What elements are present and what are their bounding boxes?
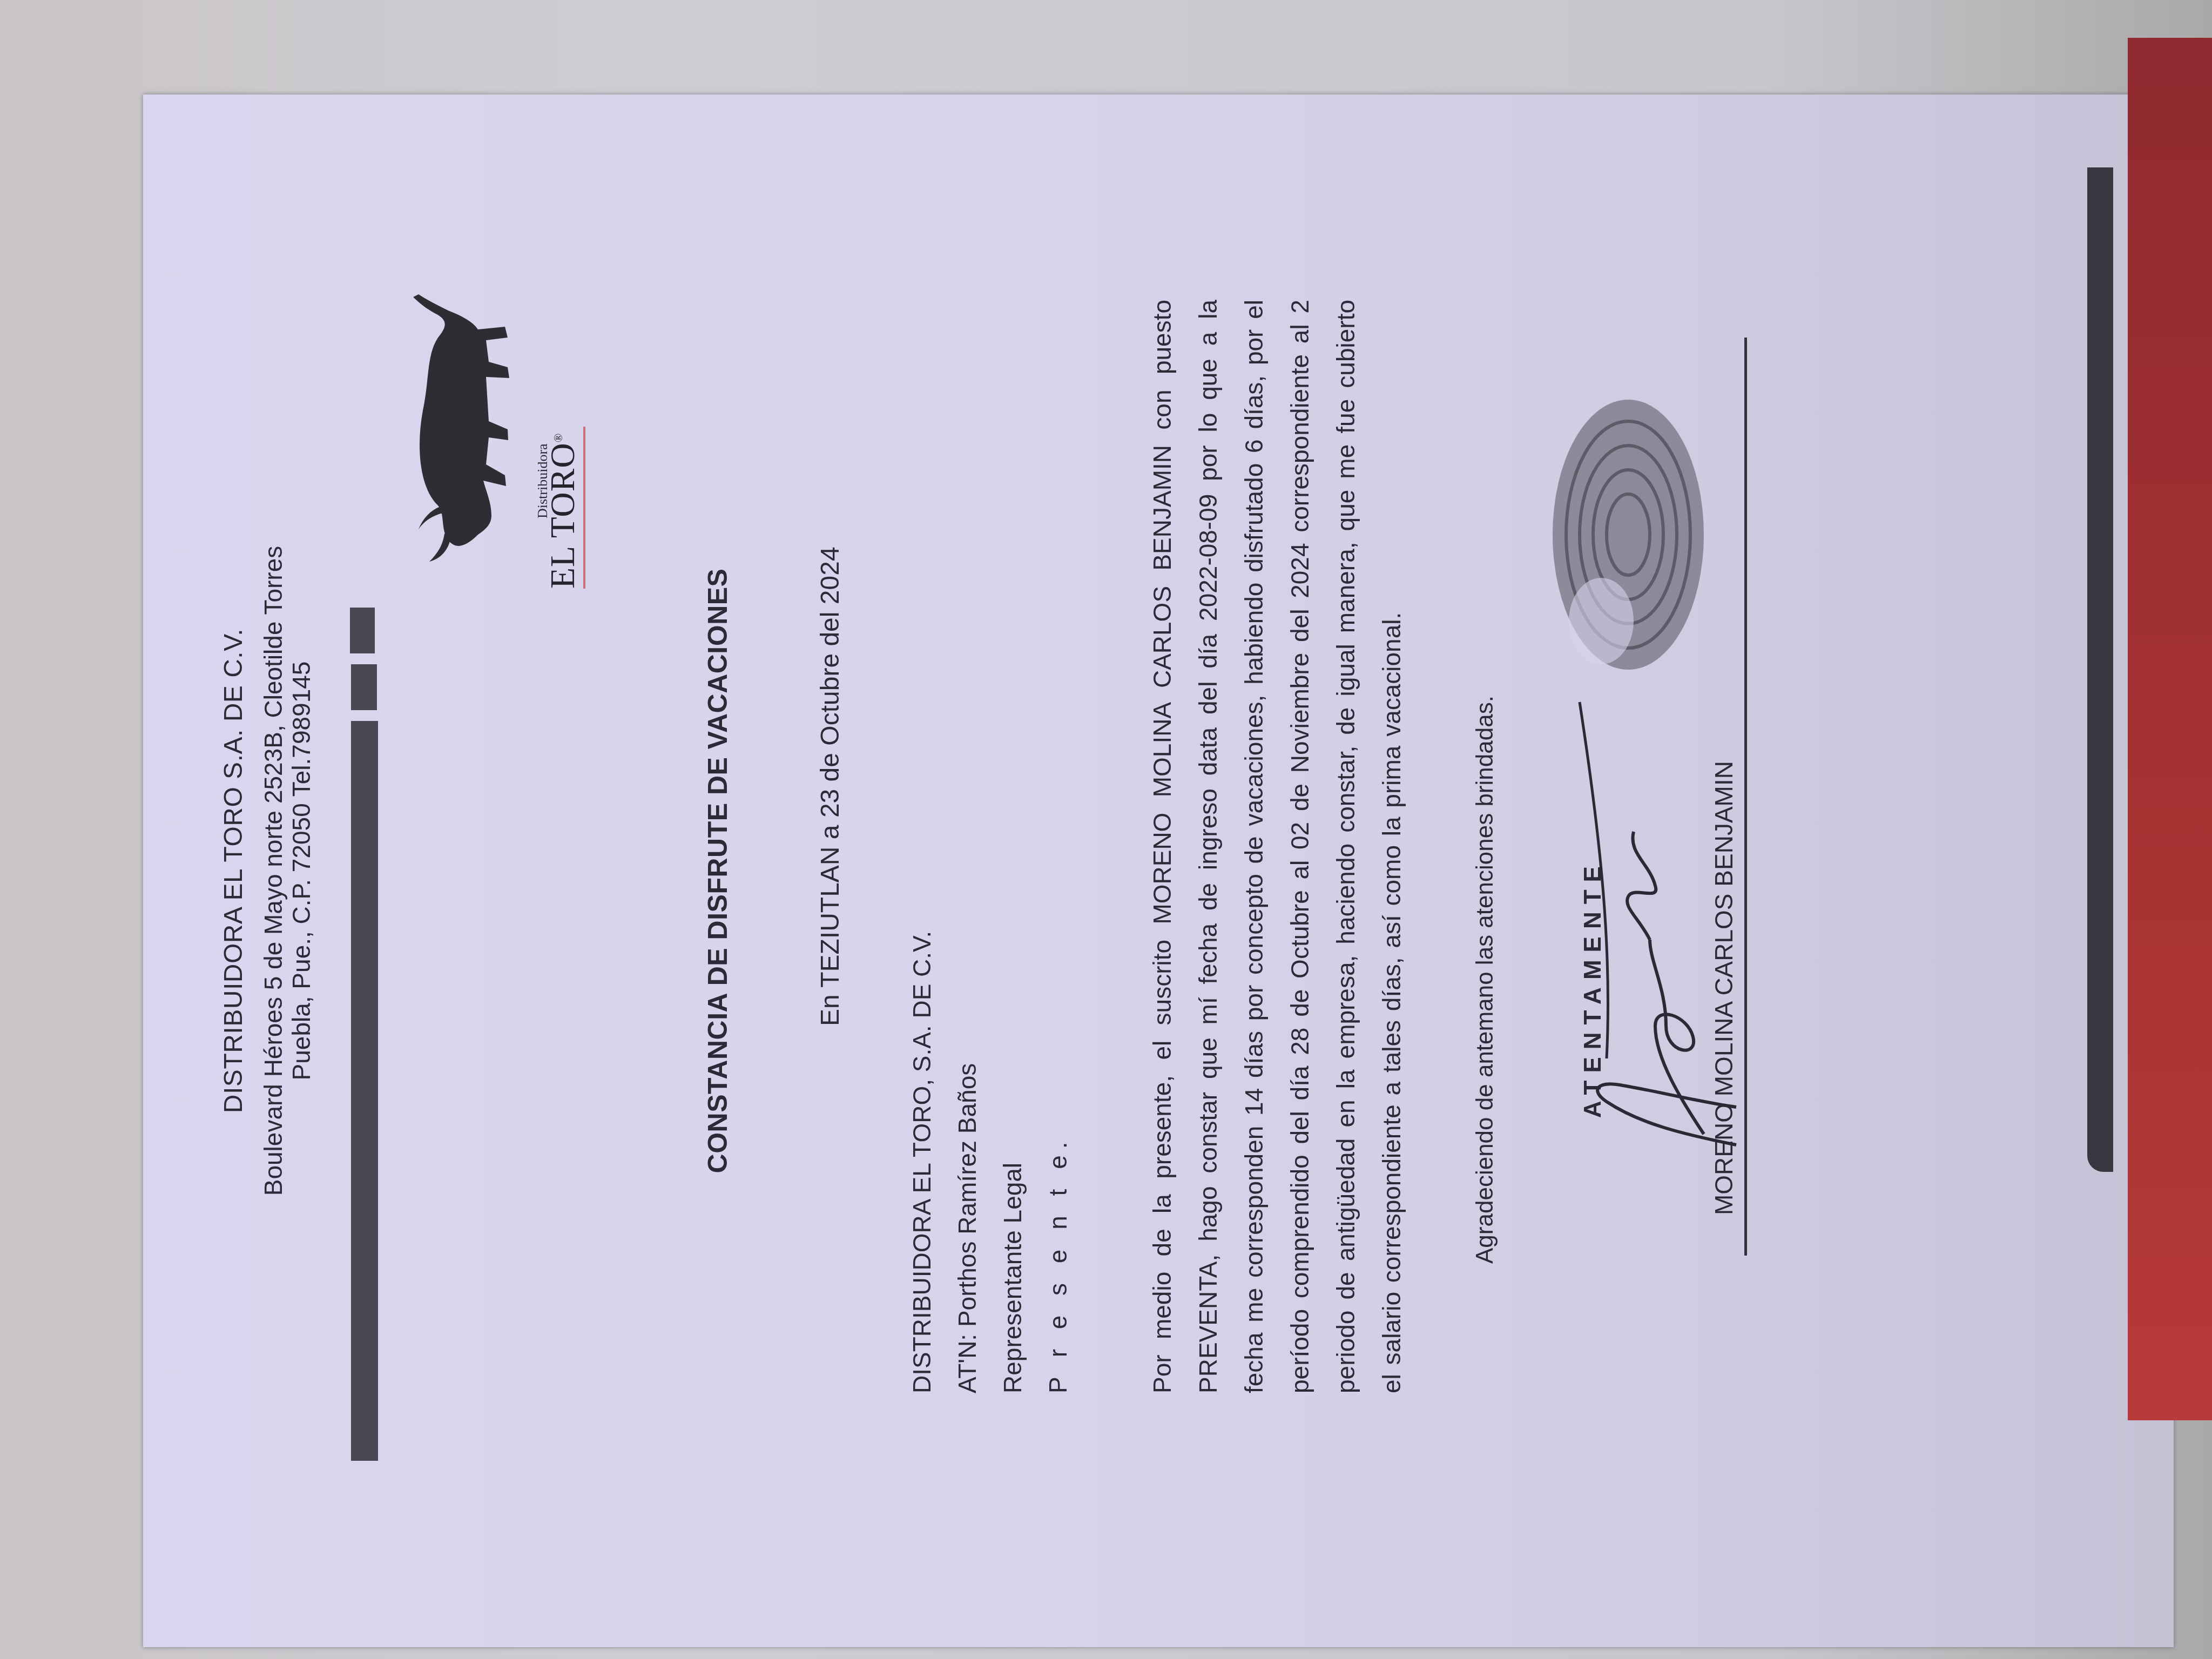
logo-brand-text: EL TORO® [543, 433, 583, 589]
footer-stripe-red [2128, 38, 2212, 1420]
closing-thanks: Agradeciendo de antemano las atenciones … [1472, 696, 1499, 1264]
signer-name: MORENO MOLINA CARLOS BENJAMIN [1709, 761, 1738, 1215]
header-stripe-dash-1 [351, 664, 377, 710]
footer-stripe-dark [2087, 167, 2113, 1172]
recipient-company: DISTRIBUIDORA EL TORO, S.A. DE C.V. [899, 931, 945, 1393]
document-page: DISTRIBUIDORA EL TORO S.A. DE C.V. Boule… [143, 95, 2174, 1647]
bull-icon [397, 286, 537, 567]
fingerprint-icon [1536, 389, 1715, 691]
body-paragraph: Por medio de la presente, el suscrito MO… [1139, 300, 1415, 1393]
company-logo: Distribuidora EL TORO® [397, 308, 575, 589]
header-address-line-2: Puebla, Pue., C.P. 72050 Tel.7989145 [287, 95, 315, 1647]
logo-tagline-bar [583, 427, 585, 589]
header-stripe-dash-2 [350, 608, 375, 653]
header-stripe-long [351, 721, 378, 1461]
header-address-line-1: Boulevard Héroes 5 de Mayo norte 2523B, … [259, 95, 287, 1647]
header-address: Boulevard Héroes 5 de Mayo norte 2523B, … [259, 95, 315, 1647]
place-and-date: En TEZIUTLAN a 23 de Octubre del 2024 [815, 547, 845, 1026]
signature-line [1744, 338, 1747, 1256]
document-title: CONSTANCIA DE DISFRUTE DE VACACIONES [702, 95, 733, 1647]
recipient-block: DISTRIBUIDORA EL TORO, S.A. DE C.V. AT'N… [899, 931, 1081, 1393]
recipient-role: Representante Legal [990, 931, 1035, 1393]
recipient-attention: AT'N: Porthos Ramírez Baños [945, 931, 990, 1393]
registered-mark: ® [551, 433, 565, 443]
recipient-greeting: P r e s e n t e. [1035, 931, 1081, 1393]
header-company-name: DISTRIBUIDORA EL TORO S.A. DE C.V. [219, 95, 248, 1647]
